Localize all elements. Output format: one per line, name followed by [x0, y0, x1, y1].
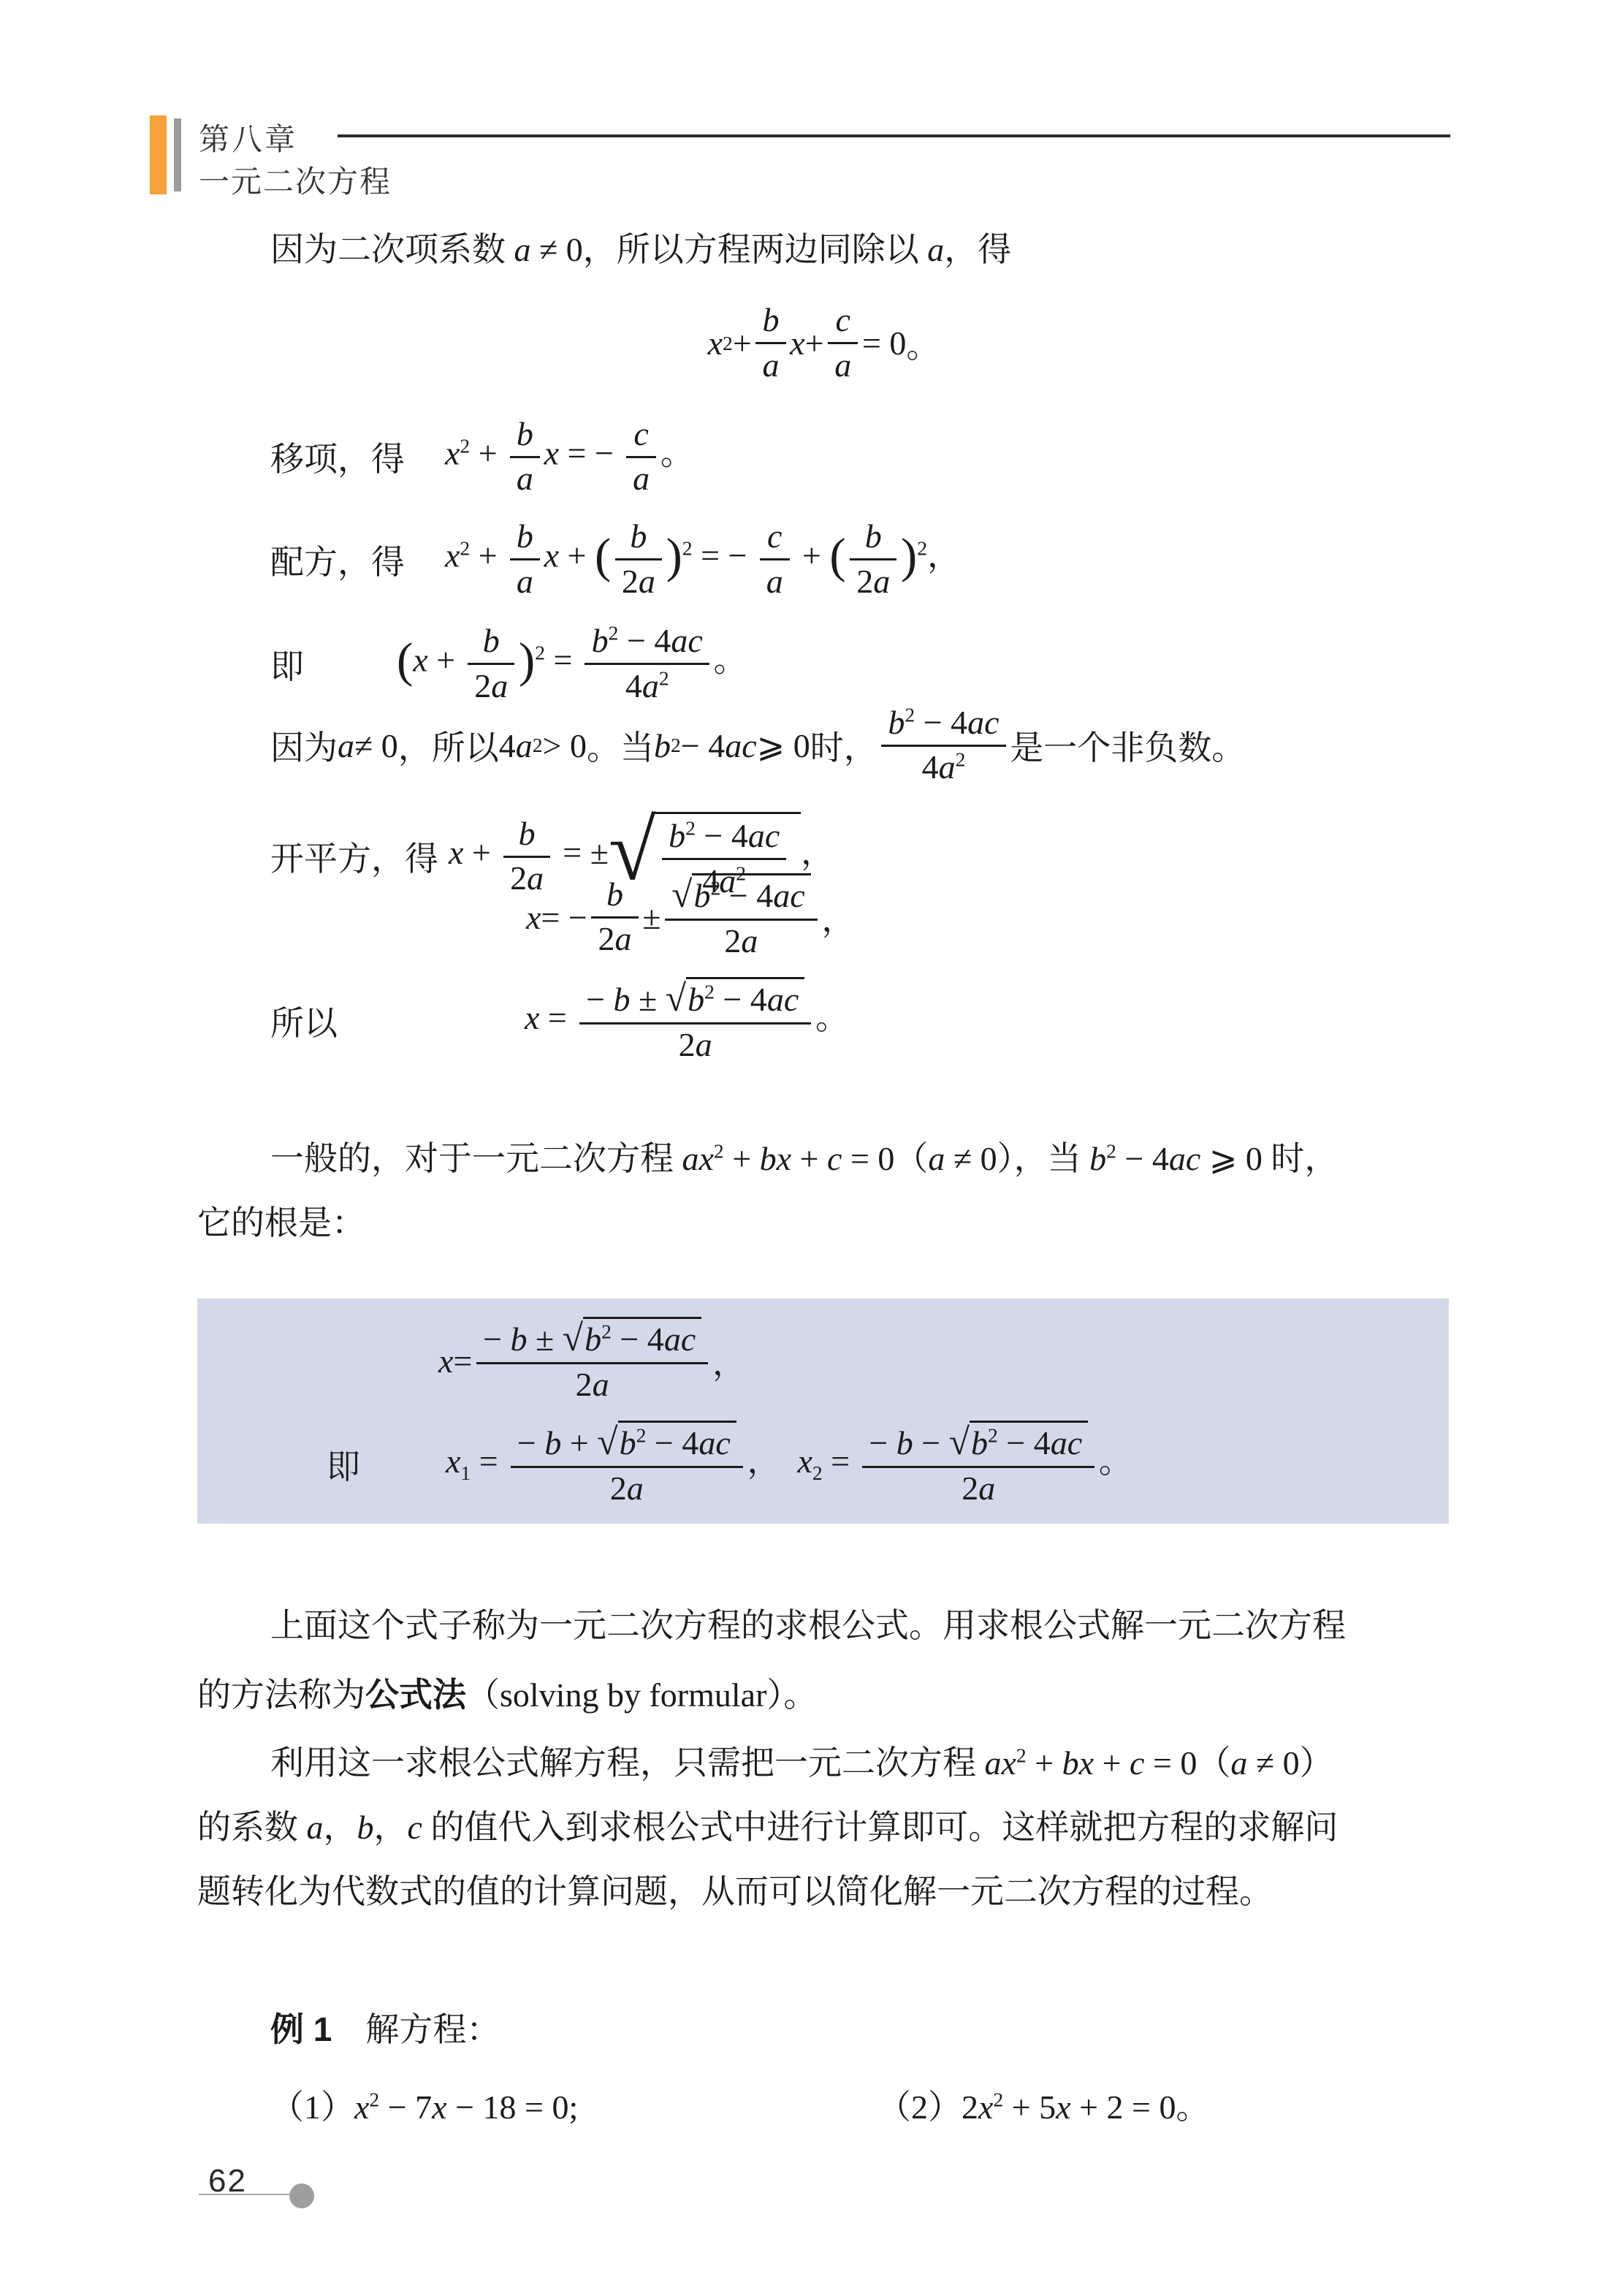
equation-2: （2）2x2 + 5x + 2 = 0。 — [877, 2080, 1209, 2129]
paragraph-intro: 因为二次项系数 a ≠ 0，所以方程两边同除以 a，得 — [270, 228, 1011, 272]
formula-x-half: x = − b2a ± √b2 − 4ac2a， — [526, 862, 855, 972]
label-suoyi: 所以 — [270, 997, 338, 1045]
chapter-number: 第八章 — [199, 115, 297, 159]
equation-1: （1）x2 − 7x − 18 = 0; — [270, 2080, 578, 2129]
example-equations: （1）x2 − 7x − 18 = 0; （2）2x2 + 5x + 2 = 0… — [270, 2069, 1450, 2139]
footer-rule — [199, 2194, 289, 2195]
paragraph-use-line3: 题转化为代数式的值的计算问题，从而可以简化解一元二次方程的过程。 — [197, 1870, 1273, 1914]
paragraph-nonnegative: 因为 a ≠ 0，所以 4a2 > 0。当 b2 − 4ac ⩾ 0 时，b2 … — [270, 691, 1245, 800]
formula-suoyi: x = − b ± √b2 − 4ac2a。 — [525, 977, 849, 1065]
textbook-page: 第八章 一元二次方程 因为二次项系数 a ≠ 0，所以方程两边同除以 a，得 x… — [0, 0, 1622, 2296]
example-heading: 例 1 解方程： — [270, 2008, 500, 2052]
formula-yixiang: x2 + bax = − ca。 — [445, 415, 694, 498]
formula-root-general: x = − b ± √b2 − 4ac2a， — [438, 1310, 746, 1411]
formula-peifang: x2 + bax + (b2a)2 = − ca + (b2a)2， — [445, 517, 961, 601]
label-box-ji: 即 — [327, 1440, 360, 1489]
label-ji: 即 — [270, 640, 304, 688]
formula-highlight-box: x = − b ± √b2 − 4ac2a， 即 x1 = − b + √b2 … — [197, 1299, 1449, 1524]
label-peifang: 配方，得 — [270, 536, 405, 584]
formula-divided-by-a: x2 + bax + ca = 0。 — [197, 286, 1450, 400]
label-yixiang: 移项，得 — [270, 433, 405, 481]
paragraph-above-line2: 的方法称为公式法（solving by formular）。 — [197, 1673, 817, 1717]
chapter-accent-bar-orange — [150, 115, 167, 194]
paragraph-above-line1: 上面这个式子称为一元二次方程的求根公式。用求根公式解一元二次方程 — [270, 1604, 1346, 1648]
paragraph-general-line1: 一般的，对于一元二次方程 ax2 + bx + c = 0（a ≠ 0），当 b… — [270, 1137, 1338, 1181]
chapter-accent-bar-gray — [174, 118, 181, 191]
paragraph-use-line2: 的系数 a，b，c 的值代入到求根公式中进行计算即可。这样就把方程的求解问 — [197, 1806, 1338, 1850]
row-suoyi: 所以 x = − b ± √b2 − 4ac2a。 — [270, 966, 849, 1076]
row-yixiang: 移项，得 x2 + bax = − ca。 — [270, 402, 694, 512]
row-peifang: 配方，得 x2 + bax + (b2a)2 = − ca + (b2a)2， — [270, 503, 961, 616]
row-roots-split: 即 x1 = − b + √b2 − 4ac2a， x2 = − b − √b2… — [327, 1414, 1132, 1515]
footer-dot — [289, 2183, 314, 2208]
paragraph-use-line1: 利用这一求根公式解方程，只需把一元二次方程 ax2 + bx + c = 0（a… — [270, 1741, 1333, 1785]
header-rule — [338, 134, 1450, 137]
chapter-title: 一元二次方程 — [199, 158, 392, 202]
paragraph-general-line2: 它的根是： — [197, 1201, 365, 1245]
formula-roots-x1-x2: x1 = − b + √b2 − 4ac2a， x2 = − b − √b2 −… — [446, 1421, 1132, 1509]
label-kaipingfang: 开平方，得 — [270, 832, 438, 881]
